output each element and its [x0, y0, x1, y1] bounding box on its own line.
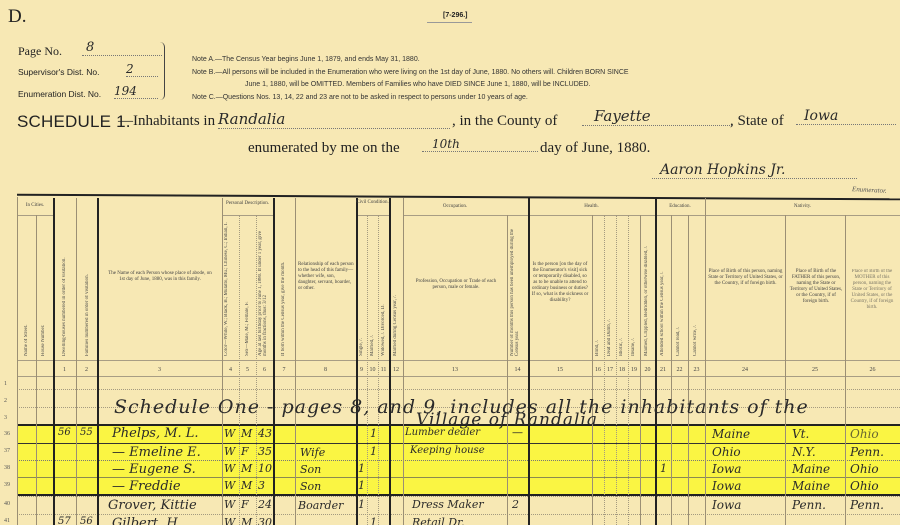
header-cannot-write: Cannot write, /. [693, 310, 698, 356]
occupation: Retail Dr. [412, 516, 465, 525]
colnum-bottom-line [17, 376, 900, 377]
mother-birthplace: Ohio [850, 427, 879, 441]
form-code: [7-296.] [427, 12, 472, 23]
note-a: Note A.—The Census Year begins June 1, 1… [192, 56, 420, 63]
months-unemployed: — [512, 426, 523, 439]
col-line [403, 198, 404, 525]
rownum: 36 [4, 431, 10, 437]
father-birthplace: Vt. [792, 427, 809, 441]
enumerator-label: Enumerator. [852, 185, 887, 195]
colnum: 1 [53, 367, 76, 373]
schedule-title: SCHEDULE 1. [17, 112, 131, 132]
birthplace: Iowa [712, 462, 741, 476]
single-mark: 1 [358, 479, 365, 492]
col-line [528, 198, 530, 525]
header-maimed: Maimed, Crippled, Bedridden, or otherwis… [644, 222, 649, 356]
colnum: 21 [655, 367, 671, 373]
state-label: , State of [730, 113, 784, 130]
enumerated-label: enumerated by me on the [248, 140, 400, 157]
father-birthplace: N.Y. [792, 445, 816, 459]
age: 24 [258, 498, 272, 511]
colnum: 6 [256, 367, 273, 373]
row-line [17, 496, 900, 497]
town-value: Randalia [218, 110, 450, 129]
col-line [36, 215, 37, 525]
relationship: Son [300, 480, 321, 493]
person-name: Grover, Kittie [108, 498, 197, 513]
rownum: 37 [4, 448, 10, 454]
age: 3 [258, 479, 265, 492]
row-line [17, 443, 900, 444]
colnum: 7 [273, 367, 295, 373]
person-name: — Eugene S. [112, 462, 196, 477]
header-birth-father: Place of Birth of the FATHER of this per… [789, 269, 843, 305]
colnum: 23 [688, 367, 705, 373]
table-top-border [17, 194, 900, 201]
row-line [17, 477, 900, 478]
dwelling-number: 56 [58, 427, 71, 438]
header-sex: Sex—Male, M.; Female, F. [245, 290, 250, 356]
rownum: 2 [4, 398, 7, 404]
mother-birthplace: Ohio [850, 479, 879, 493]
sex: F [241, 498, 249, 511]
relationship: Son [300, 463, 321, 476]
colnum: 9 [356, 367, 367, 373]
header-nativity: Nativity. [705, 204, 900, 210]
header-deaf: Deaf and Dumb, /. [607, 310, 612, 356]
header-family: Families numbered in order of visitation… [85, 250, 90, 356]
sex: M [241, 462, 252, 475]
header-months-unemployed: Number of months this person has been un… [510, 218, 524, 356]
color: W [224, 479, 235, 492]
rownum: 1 [4, 381, 7, 387]
form-letter: D. [8, 6, 26, 28]
sex: M [241, 479, 252, 492]
colnum: 26 [845, 367, 900, 373]
col-line [389, 198, 391, 525]
colnum: 8 [295, 367, 356, 373]
header-age: Age at last birthday prior to June 1, 18… [258, 220, 270, 356]
brace [160, 42, 165, 100]
enumeration-dist-value: 194 [114, 84, 158, 99]
header-profession: Profession, Occupation or Trade of each … [410, 279, 502, 291]
married-mark: 1 [370, 516, 377, 525]
col-line [356, 198, 358, 525]
mother-birthplace: Penn. [850, 445, 884, 459]
county-value: Fayette [582, 107, 732, 126]
rownum: 38 [4, 465, 10, 471]
age: 10 [258, 462, 272, 475]
rownum: 41 [4, 518, 10, 524]
edu-nativity-underline [656, 215, 900, 216]
header-blind: Blind, /. [595, 326, 600, 356]
header-sickness: Is the person [on the day of the Enumera… [531, 262, 589, 304]
note-c: Note C.—Questions Nos. 13, 14, 22 and 23… [192, 94, 528, 101]
header-widowed: Widowed, /. Divorced, D. [381, 276, 386, 356]
note-b: Note B.—All persons will be included in … [192, 69, 629, 76]
header-in-cities: In Cities. [17, 203, 53, 209]
birthplace: Iowa [712, 479, 741, 493]
col-line [705, 198, 706, 525]
header-color: Color—White, W.; Black, B.; Mulatto, Mu.… [224, 220, 236, 356]
page-no-label: Page No. [18, 44, 62, 59]
colnum: 18 [616, 367, 628, 373]
person-name: Gilbert, H. [112, 516, 182, 525]
age: 35 [258, 445, 272, 458]
rownum: 39 [4, 482, 10, 488]
in-cities-underline [17, 215, 53, 216]
header-birth-person: Place of Birth of this person, naming St… [708, 269, 783, 287]
family-number: 56 [80, 516, 93, 525]
header-idiotic: Idiotic, /. [619, 326, 624, 356]
header-house-number: House Number. [41, 300, 46, 356]
mother-birthplace: Ohio [850, 462, 879, 476]
header-birth-mother: Place of Birth of the MOTHER of this per… [848, 269, 896, 311]
colnum: 10 [367, 367, 378, 373]
colnum: 3 [97, 367, 222, 373]
married-mark: 1 [370, 445, 377, 458]
dwelling-number: 57 [58, 516, 71, 525]
attended-school-mark: 1 [660, 462, 667, 475]
relationship: Wife [300, 446, 325, 459]
row-line [17, 514, 900, 515]
colnum: 17 [604, 367, 616, 373]
birthplace: Maine [712, 427, 750, 441]
supervisor-dist-value: 2 [126, 62, 158, 77]
age: 30 [258, 516, 272, 525]
father-birthplace: Penn. [792, 498, 826, 512]
row-line [17, 389, 900, 390]
occupation: Keeping house [410, 445, 485, 456]
state-value: Iowa [796, 108, 896, 125]
family-number: 55 [80, 427, 93, 438]
day-suffix: day of June, 1880. [540, 140, 650, 157]
header-health: Health. [528, 204, 655, 210]
color: W [224, 462, 235, 475]
color: W [224, 498, 235, 511]
occupation: Dress Maker [412, 498, 484, 511]
header-born-month: If born within the Census year, give the… [281, 236, 286, 356]
single-mark: 1 [358, 498, 365, 511]
person-name: — Freddie [112, 479, 181, 494]
header-married-year: Married during Census year, /. [393, 276, 398, 356]
col-line [655, 198, 657, 525]
married-mark: 1 [370, 427, 377, 440]
birthplace: Ohio [712, 445, 741, 459]
color: W [224, 427, 235, 440]
age: 43 [258, 427, 272, 440]
birthplace: Iowa [712, 498, 741, 512]
father-birthplace: Maine [792, 479, 830, 493]
header-insane: Insane, /. [631, 326, 636, 356]
header-personal: Personal Description. [222, 201, 273, 207]
supervisor-dist-label: Supervisor's Dist. No. [18, 67, 99, 77]
colnum: 11 [378, 367, 389, 373]
header-relationship: Relationship of each person to the head … [298, 262, 354, 292]
sex: F [241, 445, 249, 458]
rownum: 40 [4, 501, 10, 507]
colnum: 2 [76, 367, 97, 373]
colnum: 24 [705, 367, 785, 373]
sex: M [241, 427, 252, 440]
months-unemployed: 2 [512, 498, 519, 511]
col-line [76, 198, 77, 525]
color: W [224, 445, 235, 458]
header-married: Married, /. [370, 330, 375, 356]
civil-underline [357, 215, 389, 216]
col-line [222, 198, 223, 525]
header-occupation: Occupation. [403, 204, 507, 210]
father-birthplace: Maine [792, 462, 830, 476]
personal-underline [222, 215, 273, 216]
inhabitants-label: —Inhabitants in [118, 113, 215, 130]
single-mark: 1 [358, 462, 365, 475]
col-line [295, 198, 296, 525]
header-bottom-line [17, 360, 900, 361]
colnum: 13 [403, 367, 507, 373]
relationship: Boarder [298, 499, 343, 512]
occupation: Lumber dealer [405, 427, 480, 438]
colnum: 12 [389, 367, 403, 373]
col-line [97, 198, 99, 525]
sex: M [241, 516, 252, 525]
col-line [17, 197, 18, 525]
colnum: 22 [671, 367, 688, 373]
colnum: 14 [507, 367, 528, 373]
colnum: 5 [239, 367, 256, 373]
col-line [53, 198, 55, 525]
person-name: — Emeline E. [112, 445, 201, 460]
county-label: , in the County of [452, 113, 557, 130]
colnum: 15 [528, 367, 592, 373]
mother-birthplace: Penn. [850, 498, 884, 512]
header-street: Name of Street. [24, 300, 29, 356]
colnum: 25 [785, 367, 845, 373]
header-attended-school: Attended school within the Census year, … [660, 240, 665, 356]
header-single: Single, /. [359, 330, 364, 356]
note-b-cont: June 1, 1880, will be OMITTED. Members o… [245, 81, 590, 88]
page-no-value: 8 [82, 40, 162, 56]
color: W [224, 516, 235, 525]
row-line [17, 460, 900, 461]
enumerator-signature: Aaron Hopkins Jr. [652, 162, 857, 179]
header-civil: Civil Condition. [356, 200, 389, 206]
highlight-bottom-border [17, 494, 900, 496]
day-value: 10th [422, 137, 538, 152]
colnum: 4 [222, 367, 239, 373]
rownum: 3 [4, 415, 7, 421]
colnum: 19 [628, 367, 640, 373]
person-name: Phelps, M. L. [112, 426, 199, 441]
colnum: 16 [592, 367, 604, 373]
header-name: The Name of each Person whose place of a… [105, 271, 215, 283]
header-cannot-read: Cannot read, /. [676, 310, 681, 356]
enumeration-dist-label: Enumeration Dist. No. [18, 89, 101, 99]
colnum: 20 [640, 367, 655, 373]
header-dwelling: Dwelling-houses numbered in order of vis… [62, 232, 67, 356]
col-line [273, 198, 275, 525]
header-education: Education. [655, 204, 705, 210]
